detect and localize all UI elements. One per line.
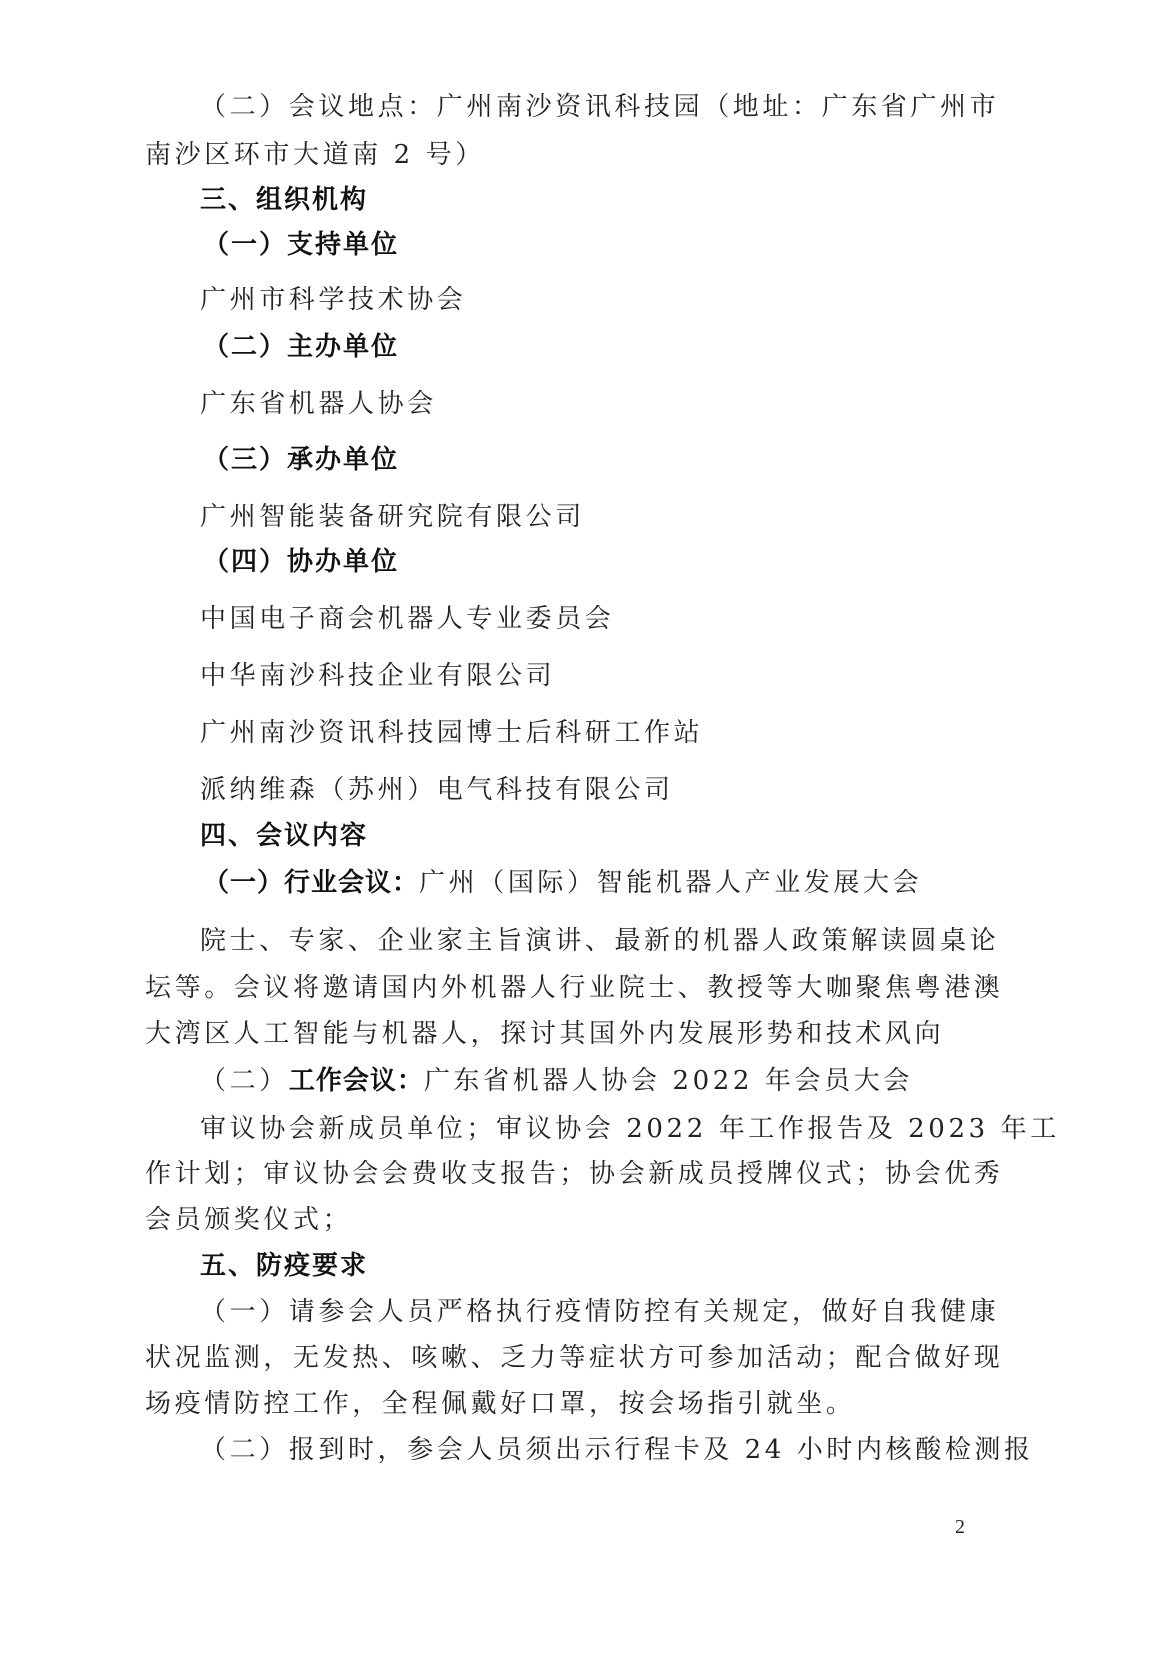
support-unit-name: 广州市科学技术协会 xyxy=(200,283,466,317)
venue-line-2: 南沙区环市大道南 2 号） xyxy=(145,138,485,172)
epidemic-body-line: （一）请参会人员严格执行疫情防控有关规定，做好自我健康 xyxy=(200,1295,999,1329)
document-page: （二）会议地点：广州南沙资讯科技园（地址：广东省广州市 南沙区环市大道南 2 号… xyxy=(0,0,1170,1656)
work-meeting-body-line: 作计划；审议协会会费收支报告；协会新成员授牌仪式；协会优秀 xyxy=(145,1157,1003,1191)
co-organizer-item: 派纳维森（苏州）电气科技有限公司 xyxy=(200,773,674,807)
host-unit-heading: （二）主办单位 xyxy=(203,330,399,364)
co-organizer-heading: （四）协办单位 xyxy=(203,545,399,579)
epidemic-body-line: 场疫情防控工作，全程佩戴好口罩，按会场指引就坐。 xyxy=(145,1387,855,1421)
work-meeting-body-line: 审议协会新成员单位；审议协会 2022 年工作报告及 2023 年工 xyxy=(200,1112,1060,1146)
support-unit-heading: （一）支持单位 xyxy=(203,228,399,262)
epidemic-body-line: 状况监测，无发热、咳嗽、乏力等症状方可参加活动；配合做好现 xyxy=(145,1341,1003,1375)
industry-meeting-body-line: 大湾区人工智能与机器人，探讨其国外内发展形势和技术风向 xyxy=(145,1017,944,1051)
organizer-unit-heading: （三）承办单位 xyxy=(203,443,399,477)
page-number: 2 xyxy=(955,1516,965,1539)
co-organizer-item: 广州南沙资讯科技园博士后科研工作站 xyxy=(200,716,703,750)
co-organizer-item: 中华南沙科技企业有限公司 xyxy=(200,659,555,693)
venue-line-1: （二）会议地点：广州南沙资讯科技园（地址：广东省广州市 xyxy=(200,90,999,124)
host-unit-name: 广东省机器人协会 xyxy=(200,387,437,421)
work-meeting-line: （二）工作会议：广东省机器人协会 2022 年会员大会 xyxy=(200,1064,913,1098)
epidemic-body-line: （二）报到时，参会人员须出示行程卡及 24 小时内核酸检测报 xyxy=(200,1433,1034,1467)
section-3-heading: 三、组织机构 xyxy=(200,183,368,217)
work-meeting-title: 广东省机器人协会 2022 年会员大会 xyxy=(424,1066,913,1096)
work-meeting-body-line: 会员颁奖仪式； xyxy=(145,1203,352,1237)
work-meeting-prefix: （二） xyxy=(200,1066,289,1096)
industry-meeting-body-line: 院士、专家、企业家主旨演讲、最新的机器人政策解读圆桌论 xyxy=(200,924,999,958)
work-meeting-label: 工作会议： xyxy=(289,1066,424,1096)
organizer-unit-name: 广州智能装备研究院有限公司 xyxy=(200,500,585,534)
industry-meeting-body-line: 坛等。会议将邀请国内外机器人行业院士、教授等大咖聚焦粤港澳 xyxy=(145,971,1003,1005)
industry-meeting-title: 广州（国际）智能机器人产业发展大会 xyxy=(419,868,922,898)
section-5-heading: 五、防疫要求 xyxy=(200,1249,368,1283)
co-organizer-item: 中国电子商会机器人专业委员会 xyxy=(200,602,614,636)
industry-meeting-label: （一）行业会议： xyxy=(203,868,419,898)
industry-meeting-line: （一）行业会议：广州（国际）智能机器人产业发展大会 xyxy=(203,866,922,900)
section-4-heading: 四、会议内容 xyxy=(200,819,368,853)
